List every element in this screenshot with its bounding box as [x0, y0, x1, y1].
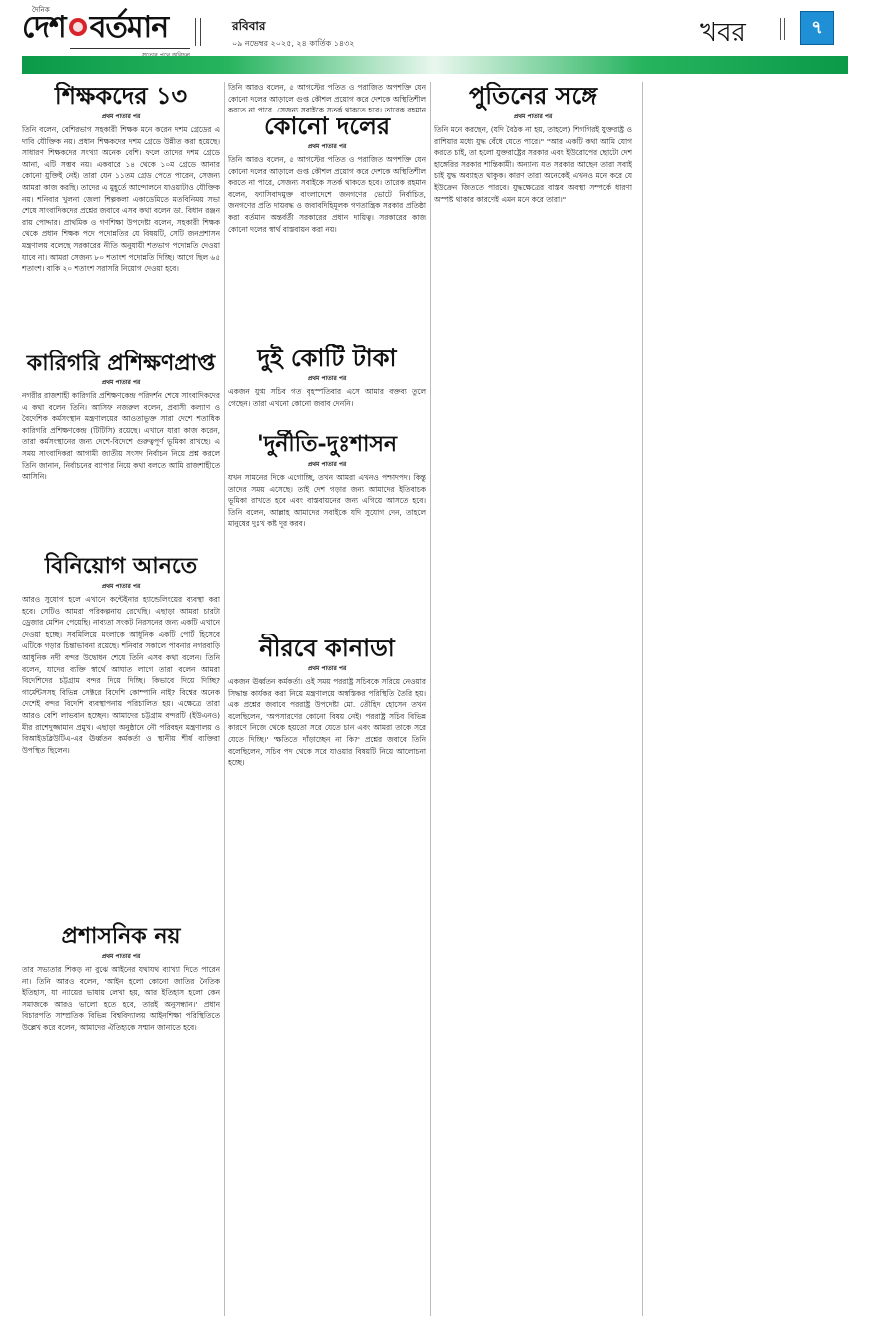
jump-line: প্রথম পাতার পর	[22, 581, 220, 592]
masthead: দৈনিক দেশবর্তমান সত্যের পথে অবিচল রবিবার…	[0, 0, 870, 58]
article-body: তিনি আরও বলেন, ৫ আগস্টের পতিত ও পরাজিত অ…	[228, 82, 426, 112]
jump-line: প্রথম পাতার পর	[22, 951, 220, 962]
header-green-band	[22, 56, 848, 74]
map-emblem-icon	[69, 18, 87, 36]
headline[interactable]: দুই কোটি টাকা	[228, 344, 426, 372]
article-body: নগরীর রাজশাহী কারিগরি প্রশিক্ষণকেন্দ্র প…	[22, 390, 220, 483]
headline[interactable]: শিক্ষকদের ১৩	[22, 82, 220, 110]
article-body: তিনি মনে করছেন, (যদি বৈঠক না হয়, তাহলে)…	[434, 124, 632, 202]
story-shikkhok[interactable]: শিক্ষকদের ১৩ প্রথম পাতার পর তিনি বলেন, ব…	[22, 82, 220, 350]
article-body: যখন সামনের দিকে এগোচ্ছি, তখন আমরা এখনও প…	[228, 472, 426, 530]
headline[interactable]: কোনো দলের	[228, 112, 426, 140]
article-body: একজন ঊর্ধ্বতন কর্মকর্তা। ওই সময় পররাষ্ট…	[228, 676, 426, 769]
jump-line: প্রথম পাতার পর	[228, 373, 426, 384]
jump-line: প্রথম পাতার পর	[434, 111, 632, 122]
headline[interactable]: বিনিয়োগ আনতে	[22, 552, 220, 580]
headline[interactable]: নীরবে কানাডা	[228, 634, 426, 662]
article-body: তিনি বলেন, বেশিরভাগ সহকারী শিক্ষক মনে কর…	[22, 124, 220, 275]
headline[interactable]: 'দুর্নীতি-দুঃশাসন	[228, 430, 426, 458]
story-kono-doler[interactable]: কোনো দলের প্রথম পাতার পর তিনি আরও বলেন, …	[228, 112, 426, 342]
jump-line: প্রথম পাতার পর	[228, 459, 426, 470]
article-body: আরও সুযোগ হলে এখানে কন্টেইনার হ্যান্ডেলি…	[22, 594, 220, 756]
page-number-badge: ৭	[800, 11, 834, 45]
jump-line: প্রথম পাতার পর	[22, 377, 220, 388]
issue-day: রবিবার	[232, 18, 265, 38]
section-title: খবর	[700, 12, 746, 56]
jump-line: প্রথম পাতার পর	[228, 141, 426, 152]
column-divider	[224, 82, 225, 1316]
story-nirobe[interactable]: নীরবে কানাডা প্রথম পাতার পর একজন ঊর্ধ্বত…	[228, 634, 426, 1324]
story-durniti[interactable]: 'দুর্নীতি-দুঃশাসন প্রথম পাতার পর যখন সাম…	[228, 430, 426, 630]
story-continued-top: তিনি আরও বলেন, ৫ আগস্টের পতিত ও পরাজিত অ…	[228, 82, 426, 112]
article-body: তিনি আরও বলেন, ৫ আগস্টের পতিত ও পরাজিত অ…	[228, 154, 426, 235]
brand-name-part-1: দেশ	[22, 10, 66, 45]
story-karigori[interactable]: কারিগরি প্রশিক্ষণপ্রাপ্ত প্রথম পাতার পর …	[22, 350, 220, 550]
headline[interactable]: কারিগরি প্রশিক্ষণপ্রাপ্ত	[22, 350, 220, 376]
story-proshasonik[interactable]: প্রশাসনিক নয় প্রথম পাতার পর তার সভ্যতার…	[22, 922, 220, 1322]
brand-name-part-2: বর্তমান	[90, 10, 168, 45]
issue-date: ০৯ নভেম্বর ২০২৫, ২৪ কার্তিক ১৪৩২	[232, 38, 355, 51]
column-divider	[430, 82, 431, 1316]
section-divider	[780, 18, 785, 40]
story-dui-koti[interactable]: দুই কোটি টাকা প্রথম পাতার পর একজন যুগ্ম …	[228, 344, 426, 424]
newspaper-logo[interactable]: দেশবর্তমান	[22, 12, 168, 44]
column-divider	[642, 82, 643, 1316]
jump-line: প্রথম পাতার পর	[228, 663, 426, 674]
masthead-divider	[195, 18, 201, 46]
story-biniyog[interactable]: বিনিয়োগ আনতে প্রথম পাতার পর আরও সুযোগ হ…	[22, 552, 220, 922]
story-putin[interactable]: পুতিনের সঙ্গে প্রথম পাতার পর তিনি মনে কর…	[434, 82, 632, 202]
article-body: একজন যুগ্ম সচিব গত বৃহস্পতিবার এসে আমার …	[228, 386, 426, 409]
jump-line: প্রথম পাতার পর	[22, 111, 220, 122]
article-body: তার সভ্যতার শিকড় না বুঝে আইনের যথাযথ ব্…	[22, 964, 220, 1034]
headline[interactable]: পুতিনের সঙ্গে	[434, 82, 632, 110]
headline[interactable]: প্রশাসনিক নয়	[22, 922, 220, 950]
